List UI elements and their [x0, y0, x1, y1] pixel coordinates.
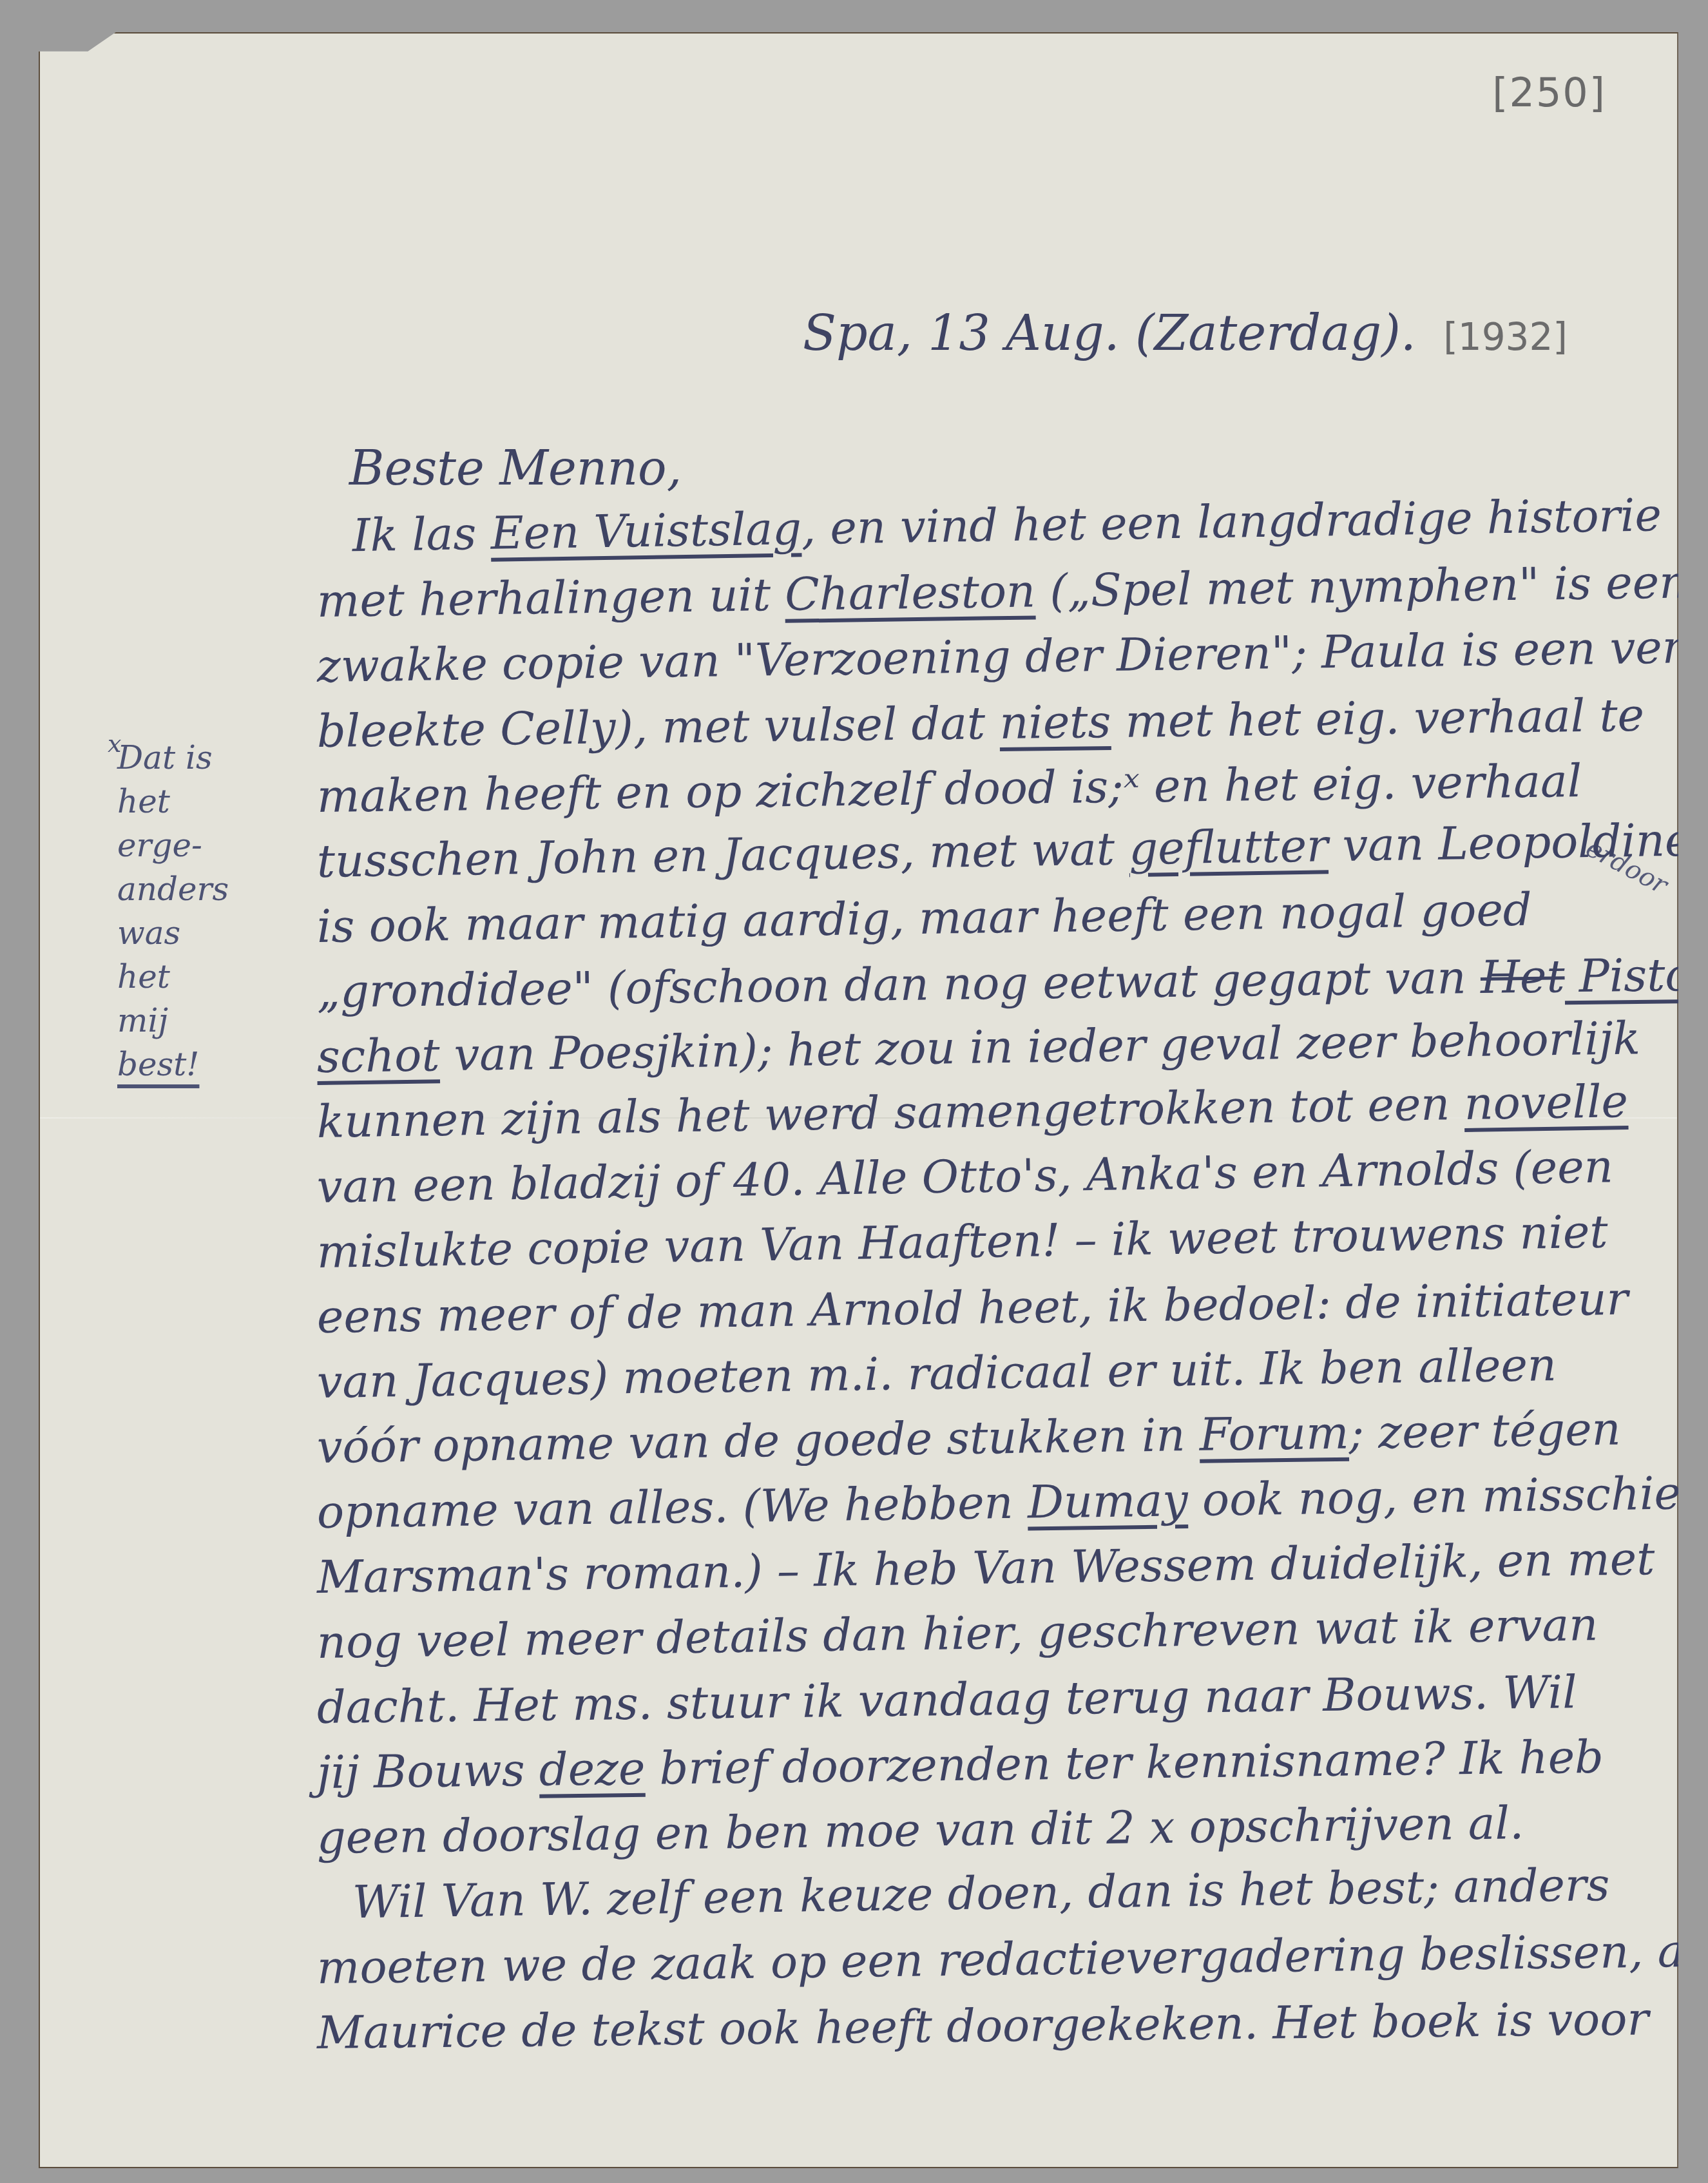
- underlined-text: Pistool-: [1564, 948, 1708, 1003]
- footnote-marker: x: [108, 722, 121, 765]
- line-text: met het eig. verhaal te: [1111, 689, 1645, 748]
- underlined-text: Charleston: [785, 564, 1036, 620]
- letter-page: [250] Spa, 13 Aug. (Zaterdag). [1932] x …: [39, 32, 1678, 2168]
- underlined-text: schot: [316, 1028, 440, 1083]
- line-text: vóór opname van de goede stukken in: [316, 1409, 1200, 1474]
- line-text: Ik las: [352, 507, 491, 562]
- line-text: nog veel meer details dan hier, geschrev…: [316, 1598, 1598, 1669]
- struck-text: Het: [1480, 950, 1565, 1004]
- line-text: moeten we de zaak op een redactievergade…: [316, 1924, 1708, 1994]
- line-text: dacht. Het ms. stuur ik vandaag terug na…: [316, 1666, 1577, 1734]
- line-text: („Spel met nymphen" is een: [1035, 555, 1688, 617]
- line-text: zwakke copie van "Verzoening der Dieren"…: [316, 620, 1699, 693]
- line-text: opname van alles. (We hebben: [316, 1476, 1028, 1539]
- line-text: Wil Van W. zelf een keuze doen, dan is h…: [352, 1858, 1609, 1928]
- line-text: tusschen John en Jacques, met wat: [316, 822, 1129, 888]
- underlined-text: Forum: [1199, 1407, 1349, 1461]
- line-text: kunnen zijn als het werd samengetrokken …: [316, 1077, 1464, 1148]
- line-text: brief doorzenden ter kennisname? Ik heb: [645, 1731, 1604, 1795]
- margin-note-line: het: [117, 780, 246, 823]
- line-text: Marsman's roman.) – Ik heb Van Wessem du…: [316, 1532, 1655, 1604]
- margin-note-line: mij: [117, 999, 246, 1043]
- letter-body: Beste Menno, Ik las Een Vuistslag, en vi…: [317, 433, 1683, 2066]
- underlined-text: deze: [539, 1742, 646, 1796]
- line-text: eens meer of de man Arnold heet, ik bedo…: [316, 1273, 1628, 1343]
- line-text: van Jacques) moeten m.i. radicaal er uit…: [316, 1338, 1557, 1409]
- letter-lines: Ik las Een Vuistslag, en vind het een la…: [317, 504, 1683, 2066]
- line-text: met herhalingen uit: [316, 568, 785, 628]
- margin-note-line: het: [117, 955, 246, 999]
- place-date-line: Spa, 13 Aug. (Zaterdag). [1932]: [803, 304, 1568, 361]
- line-text: is ook maar matig aardig, maar heeft een…: [316, 883, 1532, 953]
- underlined-text: Dumay: [1027, 1474, 1188, 1528]
- underlined-text: novelle: [1464, 1075, 1629, 1130]
- line-text: mislukte copie van Van Haaften! – ik wee…: [316, 1206, 1608, 1278]
- margin-note-line: erge-: [117, 823, 246, 867]
- year-annotation: [1932]: [1443, 315, 1568, 359]
- line-text: jij Bouws: [316, 1744, 539, 1799]
- margin-note-line: Dat is: [117, 736, 246, 780]
- margin-note-line: best!: [117, 1043, 246, 1086]
- line-text: „grondidee" (ofschoon dan nog eetwat geg…: [316, 951, 1481, 1018]
- line-text: Maurice de tekst ook heeft doorgekeken. …: [317, 1992, 1649, 2059]
- place-date: Spa, 13 Aug. (Zaterdag).: [803, 304, 1416, 361]
- line-text: van Leopoldine,: [1328, 813, 1706, 872]
- underlined-text: Een Vuistslag: [490, 502, 802, 560]
- margin-note: x Dat is het erge- anders was het mij be…: [117, 736, 246, 1086]
- archive-number: [250]: [1492, 69, 1606, 116]
- line-text: ook nog, en misschien: [1187, 1467, 1708, 1526]
- letter-line: Maurice de tekst ook heeft doorgekeken. …: [316, 1986, 1683, 2066]
- margin-note-line: was: [117, 911, 246, 955]
- underlined-text: geflutter: [1129, 819, 1329, 875]
- line-text: geen doorslag en ben moe van dit 2 x ops…: [316, 1796, 1524, 1864]
- margin-note-line: anders: [117, 867, 246, 911]
- line-text: , en vind het een langdradige historie: [801, 488, 1662, 555]
- line-text: ; zeer tégen: [1348, 1403, 1621, 1459]
- underlined-text: niets: [999, 695, 1111, 749]
- line-text: bleekte Celly), met vulsel dat: [316, 697, 999, 758]
